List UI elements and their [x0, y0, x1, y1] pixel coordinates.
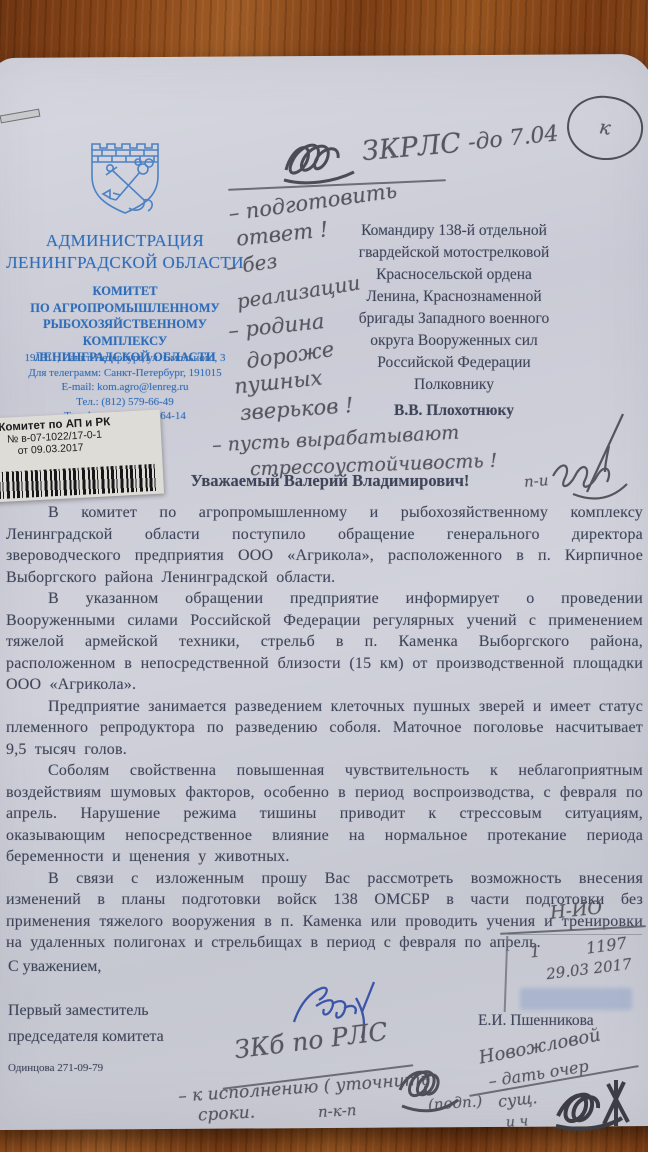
- contact-line: E-mail: kom.agro@lenreg.ru: [0, 380, 250, 395]
- contact-line: Тел.: (812) 579-66-49: [0, 395, 250, 410]
- bottom-note-center-3a: сроки.: [198, 1103, 256, 1126]
- recipient-line: бригады Западного военного: [318, 308, 590, 330]
- letterhead-administration: АДМИНИСТРАЦИЯ ЛЕНИНГРАДСКОЙ ОБЛАСТИ: [0, 230, 250, 274]
- signer-title: Первый заместитель председателя комитета: [8, 998, 164, 1050]
- salutation: Уважаемый Валерий Владимирович!: [110, 471, 550, 491]
- recipient-line: Красносельской ордена: [318, 264, 590, 286]
- coat-of-arms-leningrad-oblast: [86, 134, 164, 220]
- recipient-line: гвардейской мотострелковой: [318, 242, 590, 264]
- photo-of-letter-on-table: АДМИНИСТРАЦИЯ ЛЕНИНГРАДСКОЙ ОБЛАСТИ КОМИ…: [0, 0, 648, 1152]
- recipient-block: Командиру 138-й отдельной гвардейской мо…: [318, 220, 590, 396]
- signer-title-line: председателя комитета: [8, 1024, 164, 1050]
- contact-line: 191311, Санкт-Петербург, ул. Смольного, …: [0, 351, 250, 366]
- committee-line: ПО АГРОПРОМЫШЛЕННОМУ: [0, 300, 250, 317]
- recipient-line: округа Вооруженных сил: [318, 330, 590, 352]
- recipient-line: Ленина, Краснознаменной: [318, 286, 590, 308]
- recipient-line: Командиру 138-й отдельной: [318, 220, 590, 242]
- bottom-center-scribble: [392, 1058, 468, 1120]
- paragraph: Соболям свойственна повышенная чувствите…: [6, 760, 643, 868]
- bottom-right-heavy-scribble: [552, 1078, 648, 1134]
- admin-line: АДМИНИСТРАЦИЯ: [0, 230, 250, 252]
- top-scribble: [280, 130, 372, 188]
- faint-blue-stamp: [520, 988, 632, 1010]
- committee-line: РЫБОХОЗЯЙСТВЕННОМУ КОМПЛЕКСУ: [0, 316, 250, 349]
- bottom-note-center-3b: п-к-п: [318, 1101, 357, 1121]
- paragraph: Предприятие занимается разведением клето…: [6, 696, 643, 761]
- contact-line: Для телеграмм: Санкт-Петербург, 191015: [0, 366, 250, 381]
- signer-title-line: Первый заместитель: [8, 998, 164, 1024]
- circled-initial-letter: к: [598, 116, 612, 139]
- signer-name: Е.И. Пшенникова: [478, 1012, 594, 1030]
- paragraph: В указанном обращении предприятие информ…: [6, 588, 643, 696]
- letter-body: В комитет по агропромышленному и рыбохоз…: [6, 502, 643, 954]
- bottom-note-right-4: и ч: [505, 1113, 528, 1131]
- recipient-line: Российской Федерации: [318, 352, 590, 374]
- admin-line: ЛЕНИНГРАДСКОЙ ОБЛАСТИ: [0, 252, 250, 274]
- recipient-line: Полковнику: [318, 374, 590, 396]
- pencil-signature-scribble: [545, 412, 645, 510]
- paragraph: В комитет по агропромышленному и рыбохоз…: [6, 502, 643, 588]
- regbox-number-left: 1: [529, 942, 541, 962]
- coat-of-arms-icon: [86, 134, 164, 220]
- paragraph: В связи с изложенным прошу Вас рассмотре…: [6, 868, 643, 954]
- committee-line: КОМИТЕТ: [0, 283, 250, 300]
- closing-regards: С уважением,: [8, 958, 101, 976]
- executor-phone: Одинцова 271-09-79: [8, 1062, 103, 1074]
